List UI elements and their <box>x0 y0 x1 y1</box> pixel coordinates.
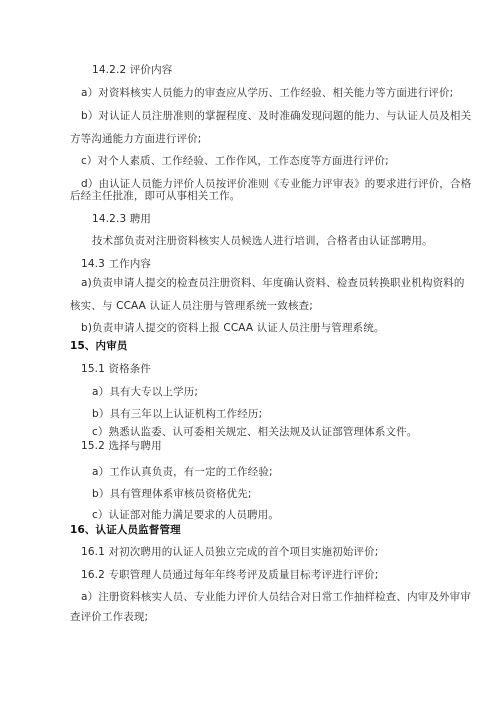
item-16-2-a-continued: 查评价工作表现; <box>70 610 148 624</box>
subheading-14-2-3: 14.2.3 聘用 <box>92 212 151 226</box>
item-15-1-b: b）具有三年以上认证机构工作经历; <box>92 407 262 421</box>
subheading-15-1: 15.1 资格条件 <box>81 362 151 376</box>
item-14-2-2-a: a）对资料核实人员能力的审查应从学历、工作经验、相关能力等方面进行评价; <box>81 86 453 100</box>
subheading-14-2-2: 14.2.2 评价内容 <box>92 63 172 77</box>
paragraph-16-2: 16.2 专职管理人员通过每年年终考评及质量目标考评进行评价; <box>81 568 378 582</box>
paragraph-14-2-3: 技术部负责对注册资料核实人员候选人进行培训，合格者由认证部聘用。 <box>92 234 433 248</box>
subheading-15-2: 15.2 选择与聘用 <box>81 439 162 453</box>
item-15-1-c: c）熟悉认监委、认可委相关规定、相关法规及认证部管理体系文件。 <box>92 425 417 439</box>
subheading-14-3: 14.3 工作内容 <box>81 257 151 271</box>
heading-16: 16、认证人员监督管理 <box>70 523 181 537</box>
item-14-2-2-b: b）对认证人员注册准则的掌握程度、及时准确发现问题的能力、与认证人员及相关 <box>81 109 471 123</box>
paragraph-16-1: 16.1 对初次聘用的认证人员独立完成的首个项目实施初始评价; <box>81 545 378 559</box>
item-14-3-a-continued: 核实、与 CCAA 认证人员注册与管理系统一致核查; <box>70 299 313 313</box>
item-15-1-a: a）具有大专以上学历; <box>92 385 198 399</box>
item-15-2-b: b）具有管理体系审核员资格优先; <box>92 487 252 501</box>
item-14-3-a: a)负责申请人提交的检查员注册资料、年度确认资料、检查员转换职业机构资料的 <box>81 276 465 290</box>
item-15-2-a: a）工作认真负责，有一定的工作经验; <box>92 465 273 479</box>
item-14-2-2-c: c）对个人素质、工作经验、工作作风，工作态度等方面进行评价; <box>81 154 389 168</box>
item-14-3-b: b)负责申请人提交的资料上报 CCAA 认证人员注册与管理系统。 <box>81 321 385 335</box>
item-16-2-a: a）注册资料核实人员、专业能力评价人员结合对日常工作抽样检查、内审及外审审 <box>81 590 471 604</box>
item-14-2-2-b-continued: 方等沟通能力方面进行评价; <box>70 132 202 146</box>
item-15-2-c: c）认证部对能力满足要求的人员聘用。 <box>92 508 279 522</box>
item-14-2-2-d-continued: 后经主任批准，即可从事相关工作。 <box>70 189 240 203</box>
document-page: 14.2.2 评价内容 a）对资料核实人员能力的审查应从学历、工作经验、相关能力… <box>0 0 500 707</box>
heading-15: 15、内审员 <box>70 339 128 353</box>
